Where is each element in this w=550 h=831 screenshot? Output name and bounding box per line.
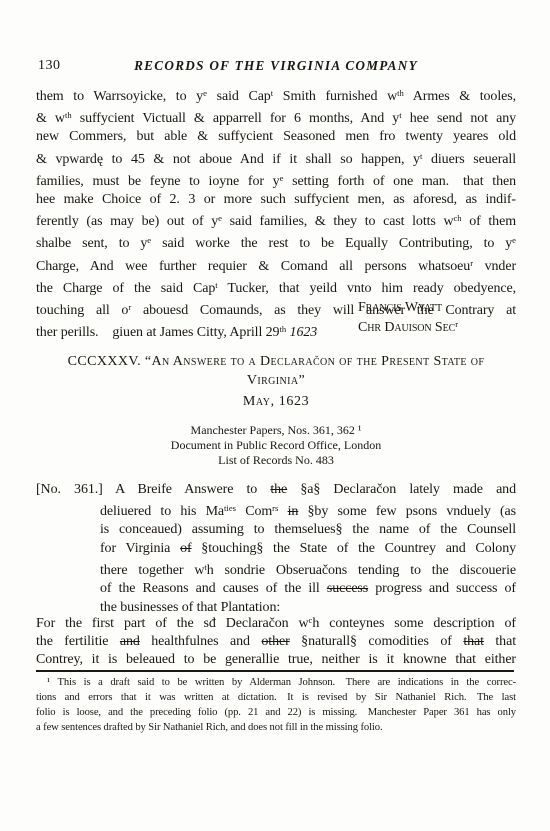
superscript-text: th	[397, 88, 404, 98]
struck-out-text: the	[270, 482, 287, 497]
text-line: [No. 361.] A Breife Answere to the §a§ D…	[36, 481, 516, 499]
page-number: 130	[38, 58, 61, 74]
text-line: Contrey, it is beleaued to be generallie…	[36, 651, 516, 669]
footnote-divider	[36, 670, 514, 672]
superscript-text: ch	[453, 213, 461, 223]
text-line: tions and errors that it was written at …	[36, 690, 516, 705]
superscript-text: th	[65, 110, 72, 120]
footnote: ¹ This is a draft said to be written by …	[36, 675, 516, 735]
superscript-text: rs	[272, 503, 278, 513]
section-heading: CCCXXXV. “An Answere to a Declaračon of …	[36, 352, 516, 390]
text-line: ferently (as may be) out of ye said fami…	[36, 209, 516, 231]
italic-text: 1623	[290, 325, 318, 340]
text-line: ¹ This is a draft said to be written by …	[36, 675, 516, 690]
superscript-text: t	[271, 88, 273, 98]
struck-out-text: and	[120, 634, 140, 649]
text-line: & vpwardę to 45 & not aboue And if it sh…	[36, 147, 516, 169]
text-line: of the Reasons and causes of the ill suc…	[36, 580, 516, 598]
superscript-text: c	[309, 615, 313, 625]
text-line: deliuered to his Maties Comrs in §by som…	[36, 499, 516, 521]
superscript-text: e	[280, 173, 284, 183]
superscript-text: e	[512, 235, 516, 245]
section-date: May, 1623	[36, 394, 516, 410]
superscript-text: r	[455, 319, 458, 329]
text-line: Charge, And wee further requier & Comand…	[36, 254, 516, 276]
source-line-2: Document in Public Record Office, London	[36, 438, 516, 453]
superscript-text: th	[279, 324, 286, 334]
text-line: a few sentences drafted by Sir Nathaniel…	[36, 720, 516, 735]
struck-out-text: in	[288, 504, 299, 519]
superscript-text: e	[203, 88, 207, 98]
text-line: Francis Wyatt	[358, 299, 458, 316]
paragraph-no-361: [No. 361.] A Breife Answere to the §a§ D…	[36, 481, 516, 617]
text-line: & wth suffycient Victuall & apparrell fo…	[36, 106, 516, 128]
superscript-text: r	[128, 302, 131, 312]
section-heading-line1: CCCXXXV. “An Answere to a Declaračon of …	[36, 352, 516, 371]
struck-out-text: that	[463, 634, 484, 649]
text-line: For the first part of the sđ Declaračon …	[36, 611, 516, 633]
signature-block: Francis WyattChr Dauison Secr	[358, 299, 458, 336]
text-line: the Charge of the said Capt Tucker, that…	[36, 276, 516, 298]
text-line: for Virginia of §touching§ the State of …	[36, 540, 516, 558]
text-line: shalbe sent, to ye said worke the rest t…	[36, 231, 516, 253]
book-page: 130 RECORDS OF THE VIRGINIA COMPANY them…	[0, 0, 550, 831]
text-line: Chr Dauison Secr	[358, 316, 458, 336]
text-line: families, must be feyne to ioyne for ye …	[36, 169, 516, 191]
superscript-text: t	[399, 110, 401, 120]
source-line-3: List of Records No. 483	[36, 453, 516, 468]
text-line: there together wth sondrie Obseruačons t…	[36, 558, 516, 580]
section-heading-line2: Virginia”	[36, 371, 516, 390]
text-line: them to Warrsoyicke, to ye said Capt Smi…	[36, 84, 516, 106]
text-line: hee make Choice of 2. 3 or more such suf…	[36, 191, 516, 209]
superscript-text: t	[420, 151, 422, 161]
struck-out-text: success	[327, 581, 368, 596]
superscript-text: e	[147, 235, 151, 245]
text-line: folio is loose, and the preceding folio …	[36, 705, 516, 720]
page-content: 130 RECORDS OF THE VIRGINIA COMPANY them…	[36, 0, 516, 831]
struck-out-text: other	[261, 634, 289, 649]
paragraph-first-part: For the first part of the sđ Declaračon …	[36, 611, 516, 670]
text-line: the fertilitie and healthfulnes and othe…	[36, 633, 516, 651]
text-line: is conceaued) assuming to themselues§ th…	[36, 521, 516, 539]
superscript-text: t	[204, 562, 206, 572]
source-line-1: Manchester Papers, Nos. 361, 362 ¹	[36, 423, 516, 438]
superscript-text: r	[470, 258, 473, 268]
struck-out-text: of	[180, 541, 191, 556]
superscript-text: t	[215, 280, 217, 290]
superscript-text: ties	[224, 503, 236, 513]
superscript-text: e	[218, 213, 222, 223]
running-head: 130 RECORDS OF THE VIRGINIA COMPANY	[36, 58, 516, 76]
text-line: new Commers, but able & suffycient Seaso…	[36, 128, 516, 146]
running-title: RECORDS OF THE VIRGINIA COMPANY	[36, 58, 516, 74]
source-citation: Manchester Papers, Nos. 361, 362 ¹ Docum…	[36, 423, 516, 467]
